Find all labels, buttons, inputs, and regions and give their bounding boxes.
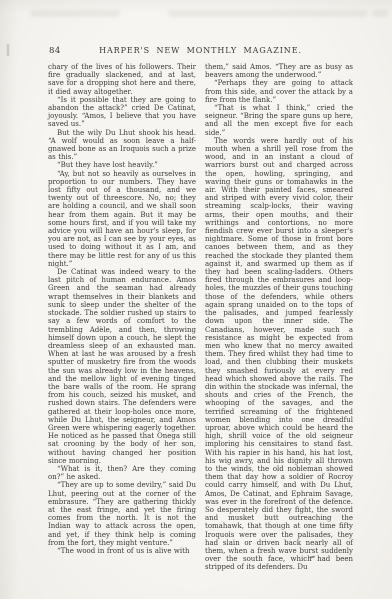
page-number: 84 [49,46,61,56]
showthrough-artifact [168,10,368,17]
paragraph: them,” said Amos. “They are as busy as b… [205,63,353,79]
showthrough-artifact [372,10,388,17]
left-column: chary of the lives of his followers. The… [48,63,196,572]
paragraph: chary of the lives of his followers. The… [48,63,196,96]
paragraph: “Ay, but not so heavily as ourselves in … [48,170,196,268]
paragraph: “What is it, then? Are they coming on?” … [48,465,196,481]
scan-edge-artifact [7,44,9,56]
article-body: chary of the lives of his followers. The… [48,63,353,572]
magazine-page: 84 HARPER'S NEW MONTHLY MAGAZINE. chary … [48,46,353,572]
paragraph: “They are up to some devilry,” said Du L… [48,481,196,547]
paragraph: The words were hardly out of his mouth w… [205,137,353,572]
showthrough-artifact [30,10,120,17]
journal-title: HARPER'S NEW MONTHLY MAGAZINE. [48,46,353,56]
paragraph: But the wily Du Lhut shook his head. “A … [48,129,196,162]
paragraph: “The wood in front of us is alive with [48,547,196,555]
paragraph: “Perhaps they are going to attack from t… [205,79,353,104]
right-column: them,” said Amos. “They are as busy as b… [205,63,353,572]
page-header: 84 HARPER'S NEW MONTHLY MAGAZINE. [48,46,353,56]
paragraph: “Is it possible that they are going to a… [48,96,196,129]
paragraph: “But they have lost heavily.” [48,161,196,169]
paragraph: “That is what I think,” cried the seigne… [205,104,353,137]
paragraph: De Catinat was indeed weary to the last … [48,268,196,465]
